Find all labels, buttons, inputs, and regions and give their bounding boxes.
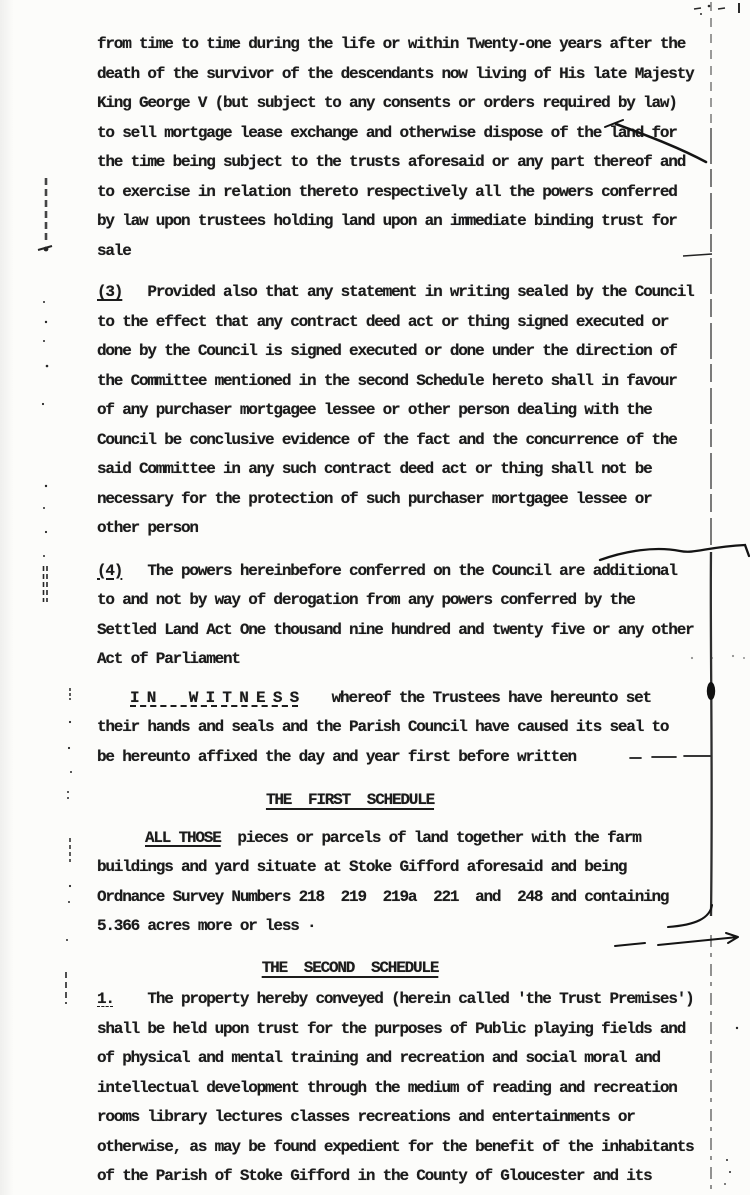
body-text: whereof the Trustees have hereunto set	[298, 689, 651, 707]
corner-specks	[694, 3, 739, 15]
body-line: Ordnance Survey Numbers 218 219 219a 221…	[97, 883, 713, 913]
scanned-deed-page: from time to time during the life or wit…	[0, 0, 750, 1195]
body-line: 1. The property hereby conveyed (herein …	[97, 985, 713, 1015]
body-line: by law upon trustees holding land upon a…	[97, 207, 713, 237]
witness-phrase: I N W I T N E S S	[130, 689, 298, 707]
body-line: to exercise in relation thereto respecti…	[97, 178, 713, 208]
body-line: said Committee in any such contract deed…	[97, 455, 713, 485]
body-text: The powers hereinbefore conferred on the…	[122, 562, 677, 580]
body-line: done by the Council is signed executed o…	[97, 337, 713, 367]
body-line: to and not by way of derogation from any…	[97, 586, 713, 616]
body-line: 5.366 acres more or less ·	[97, 912, 713, 942]
body-line: Settled Land Act One thousand nine hundr…	[97, 616, 713, 646]
body-line: I N W I T N E S S whereof the Trustees h…	[97, 684, 713, 714]
body-line: death of the survivor of the descendants…	[97, 60, 713, 90]
clause-number: 1.	[97, 990, 114, 1008]
body-line: shall be held upon trust for the purpose…	[97, 1015, 713, 1045]
body-line: sale	[97, 237, 713, 267]
body-line: necessary for the protection of such pur…	[97, 485, 713, 515]
text-column: from time to time during the life or wit…	[97, 30, 713, 1192]
body-line: the time being subject to the trusts afo…	[97, 148, 713, 178]
body-line: (3) Provided also that any statement in …	[97, 278, 713, 308]
body-line: be hereunto affixed the day and year fir…	[97, 743, 713, 773]
body-line: otherwise, as may be found expedient for…	[97, 1133, 713, 1163]
body-line: ALL THOSE pieces or parcels of land toge…	[97, 824, 713, 854]
body-line: Act of Parliament	[97, 645, 713, 675]
first-schedule-body: ALL THOSE pieces or parcels of land toge…	[97, 824, 713, 942]
body-line: to sell mortgage lease exchange and othe…	[97, 119, 713, 149]
body-line: the Committee mentioned in the second Sc…	[97, 367, 713, 397]
body-line: Council be conclusive evidence of the fa…	[97, 426, 713, 456]
body-text: The property hereby conveyed (herein cal…	[114, 990, 694, 1008]
heading-text: THE SECOND SCHEDULE	[262, 959, 438, 977]
body-line: to the effect that any contract deed act…	[97, 308, 713, 338]
body-line: their hands and seals and the Parish Cou…	[97, 713, 713, 743]
paragraph-3: (3) Provided also that any statement in …	[97, 278, 713, 544]
body-line: buildings and yard situate at Stoke Giff…	[97, 853, 713, 883]
second-schedule-heading: THE SECOND SCHEDULE	[97, 954, 713, 984]
clause-number: (4)	[97, 562, 122, 580]
second-schedule-body: 1. The property hereby conveyed (herein …	[97, 985, 713, 1192]
body-text: pieces or parcels of land together with …	[221, 829, 641, 847]
witness-clause: I N W I T N E S S whereof the Trustees h…	[97, 684, 713, 773]
body-line: rooms library lectures classes recreatio…	[97, 1103, 713, 1133]
body-line: other person	[97, 514, 713, 544]
heading-text: THE FIRST SCHEDULE	[266, 791, 434, 809]
body-line: from time to time during the life or wit…	[97, 30, 713, 60]
paragraph-continuation: from time to time during the life or wit…	[97, 30, 713, 266]
body-line: of the Parish of Stoke Gifford in the Co…	[97, 1162, 713, 1192]
first-schedule-heading: THE FIRST SCHEDULE	[97, 786, 713, 816]
lead-words: ALL THOSE	[145, 829, 221, 847]
body-line: of physical and mental training and recr…	[97, 1044, 713, 1074]
body-line: (4) The powers hereinbefore conferred on…	[97, 557, 713, 587]
body-line: intellectual development through the med…	[97, 1074, 713, 1104]
body-line: King George V (but subject to any consen…	[97, 89, 713, 119]
paragraph-4: (4) The powers hereinbefore conferred on…	[97, 557, 713, 675]
clause-number: (3)	[97, 283, 122, 301]
body-line: of any purchaser mortgagee lessee or oth…	[97, 396, 713, 426]
body-text: Provided also that any statement in writ…	[122, 283, 693, 301]
